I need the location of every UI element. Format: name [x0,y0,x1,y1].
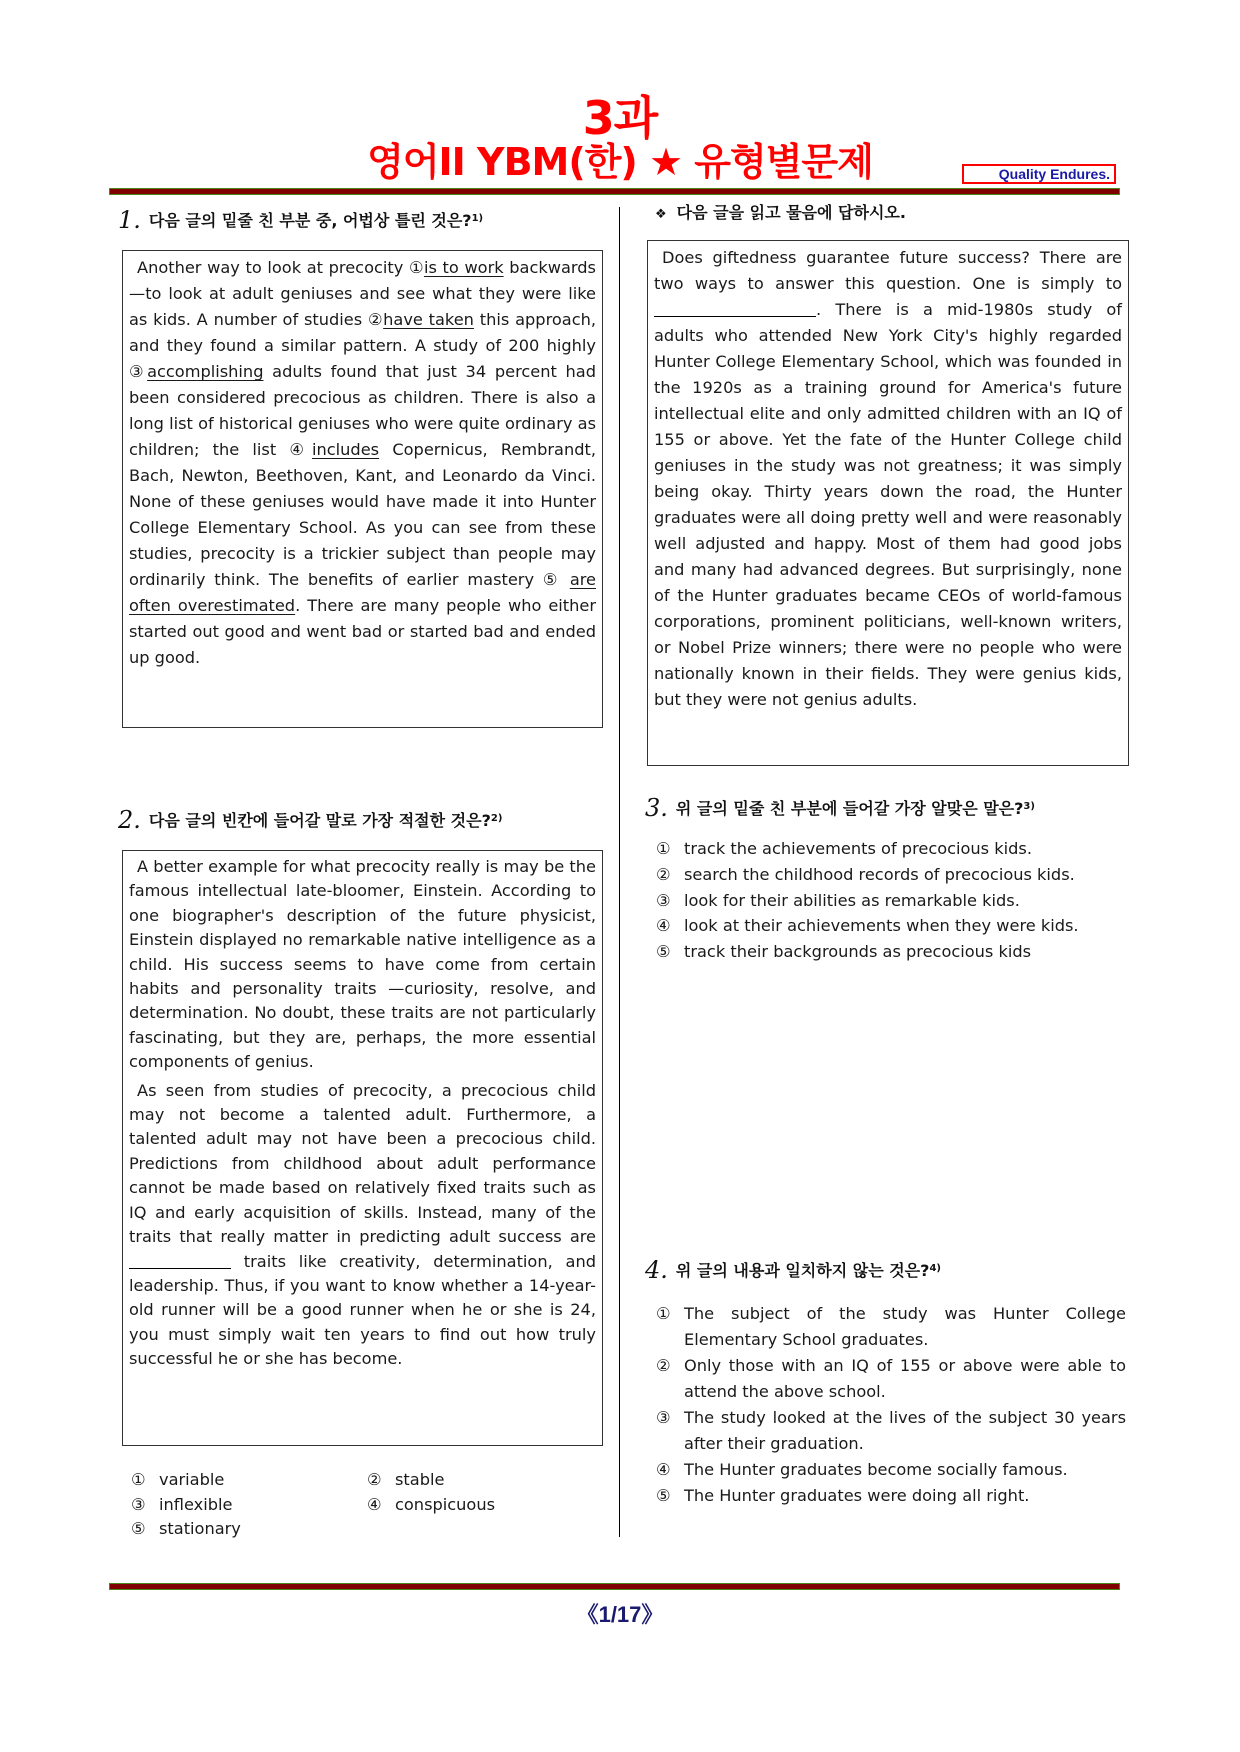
question-number: 1. [118,206,141,234]
choice-1[interactable]: ①variable [131,1468,367,1493]
choice-4[interactable]: ④conspicuous [367,1493,603,1518]
passage-text-before: Does giftedness guarantee future success… [654,248,1122,293]
choice-marker: ② [367,1468,395,1493]
choice-text: search the childhood records of precocio… [684,862,1131,888]
choice-text: The subject of the study was Hunter Coll… [684,1301,1126,1353]
shared-passage: Does giftedness guarantee future success… [647,240,1129,766]
question-3-header: 3.위 글의 밑줄 친 부분에 들어갈 가장 알맞은 말은?3) [645,796,1035,820]
question-4-choices: ①The subject of the study was Hunter Col… [656,1301,1126,1509]
choice-2[interactable]: ②Only those with an IQ of 155 or above w… [656,1353,1126,1405]
choice-text: The Hunter graduates were doing all righ… [684,1483,1126,1509]
lesson-title: 3과 [0,92,1240,144]
choice-marker: ① [131,1468,159,1493]
choice-2[interactable]: ②stable [367,1468,603,1493]
choice-3[interactable]: ③inflexible [131,1493,367,1518]
choice-marker: ⑤ [131,1517,159,1542]
question-number: 2. [118,806,141,834]
choice-3[interactable]: ③The study looked at the lives of the su… [656,1405,1126,1457]
question-4-header: 4.위 글의 내용과 일치하지 않는 것은?4) [645,1258,941,1282]
choice-text: stable [395,1468,444,1493]
question-number: 4. [645,1256,668,1284]
question-prompt: 다음 글의 빈칸에 들어갈 말로 가장 적절한 것은? [149,811,491,830]
choice-marker: ③ [656,1405,684,1457]
underlined-segment: is to work [424,258,504,277]
underlined-segment: includes [312,440,379,459]
tagline-badge: Quality Endures. [962,164,1116,184]
passage-text: Does giftedness guarantee future success… [654,245,1122,713]
choice-text: The Hunter graduates become socially fam… [684,1457,1126,1483]
choice-marker: ④ [656,1457,684,1483]
choice-text: stationary [159,1517,241,1542]
question-2-choices: ①variable ②stable ③inflexible ④conspicuo… [131,1468,603,1542]
choice-text: look for their abilities as remarkable k… [684,888,1131,914]
choice-3[interactable]: ③look for their abilities as remarkable … [656,888,1131,914]
choice-5[interactable]: ⑤The Hunter graduates were doing all rig… [656,1483,1126,1509]
choice-4[interactable]: ④The Hunter graduates become socially fa… [656,1457,1126,1483]
choice-5[interactable]: ⑤track their backgrounds as precocious k… [656,939,1131,965]
choice-2[interactable]: ②search the childhood records of precoci… [656,862,1131,888]
choice-marker: ① [656,1301,684,1353]
footnote-ref: 3) [1023,801,1035,812]
question-2-header: 2.다음 글의 빈칸에 들어갈 말로 가장 적절한 것은?2) [118,808,502,832]
question-prompt: 위 글의 밑줄 친 부분에 들어갈 가장 알맞은 말은? [676,799,1024,818]
circled-number-marker: ④ [289,440,312,459]
passage-paragraph-2: As seen from studies of precocity, a pre… [129,1079,596,1372]
instruction-text: 다음 글을 읽고 물음에 답하시오. [677,203,906,222]
question-number: 3. [645,794,668,822]
header-rule [109,188,1120,195]
choice-marker: ③ [131,1493,159,1518]
answer-blank [654,300,816,317]
question-2-passage: A better example for what precocity real… [122,850,603,1446]
question-1-header: 1.다음 글의 밑줄 친 부분 중, 어법상 틀린 것은?1) [118,208,483,232]
choice-marker: ② [656,1353,684,1405]
diamond-bullet-icon: ❖ [655,207,667,222]
passage-text: Copernicus, Rembrandt, Bach, Newton, Bee… [129,440,596,589]
shared-instruction: ❖다음 글을 읽고 물음에 답하시오. [655,202,906,226]
answer-blank [129,1252,231,1269]
choice-text: conspicuous [395,1493,495,1518]
choice-marker: ④ [656,913,684,939]
question-prompt: 위 글의 내용과 일치하지 않는 것은? [676,1261,930,1280]
choice-marker: ③ [656,888,684,914]
passage-text [561,570,570,589]
choice-marker: ① [656,836,684,862]
choice-text: Only those with an IQ of 155 or above we… [684,1353,1126,1405]
choice-marker: ⑤ [656,1483,684,1509]
choice-marker: ② [656,862,684,888]
question-3-choices: ①track the achievements of precocious ki… [656,836,1131,965]
choice-5[interactable]: ⑤stationary [131,1517,367,1542]
passage-text: Another way to look at precocity ①is to … [129,255,596,671]
footnote-ref: 2) [491,813,503,824]
question-prompt: 다음 글의 밑줄 친 부분 중, 어법상 틀린 것은? [149,211,472,230]
footer-rule [109,1583,1120,1590]
choice-4[interactable]: ④look at their achievements when they we… [656,913,1131,939]
footnote-ref: 1) [472,213,484,224]
circled-number-marker: ① [409,258,424,277]
choice-marker: ④ [367,1493,395,1518]
choice-text: look at their achievements when they wer… [684,913,1131,939]
choice-text: track the achievements of precocious kid… [684,836,1131,862]
circled-number-marker: ② [368,310,383,329]
choice-marker: ⑤ [656,939,684,965]
circled-number-marker: ③ [129,362,147,381]
choice-1[interactable]: ①track the achievements of precocious ki… [656,836,1131,862]
passage-text: As seen from studies of precocity, a pre… [129,1081,596,1246]
choice-1[interactable]: ①The subject of the study was Hunter Col… [656,1301,1126,1353]
choice-text: track their backgrounds as precocious ki… [684,939,1131,965]
column-divider [619,207,620,1537]
footnote-ref: 4) [929,1263,941,1274]
passage-text-after: . There is a mid-1980s study of adults w… [654,300,1122,709]
underlined-segment: have taken [383,310,474,329]
passage-text: traits like creativity, determination, a… [129,1252,596,1369]
question-1-passage: Another way to look at precocity ①is to … [122,250,603,728]
choice-text: inflexible [159,1493,232,1518]
page-indicator: 《1/17》 [0,1598,1240,1629]
circled-number-marker: ⑤ [543,570,561,589]
passage-paragraph-1: A better example for what precocity real… [129,855,596,1075]
choice-text: variable [159,1468,224,1493]
underlined-segment: accomplishing [147,362,263,381]
passage-text: Another way to look at precocity [137,258,409,277]
choice-text: The study looked at the lives of the sub… [684,1405,1126,1457]
